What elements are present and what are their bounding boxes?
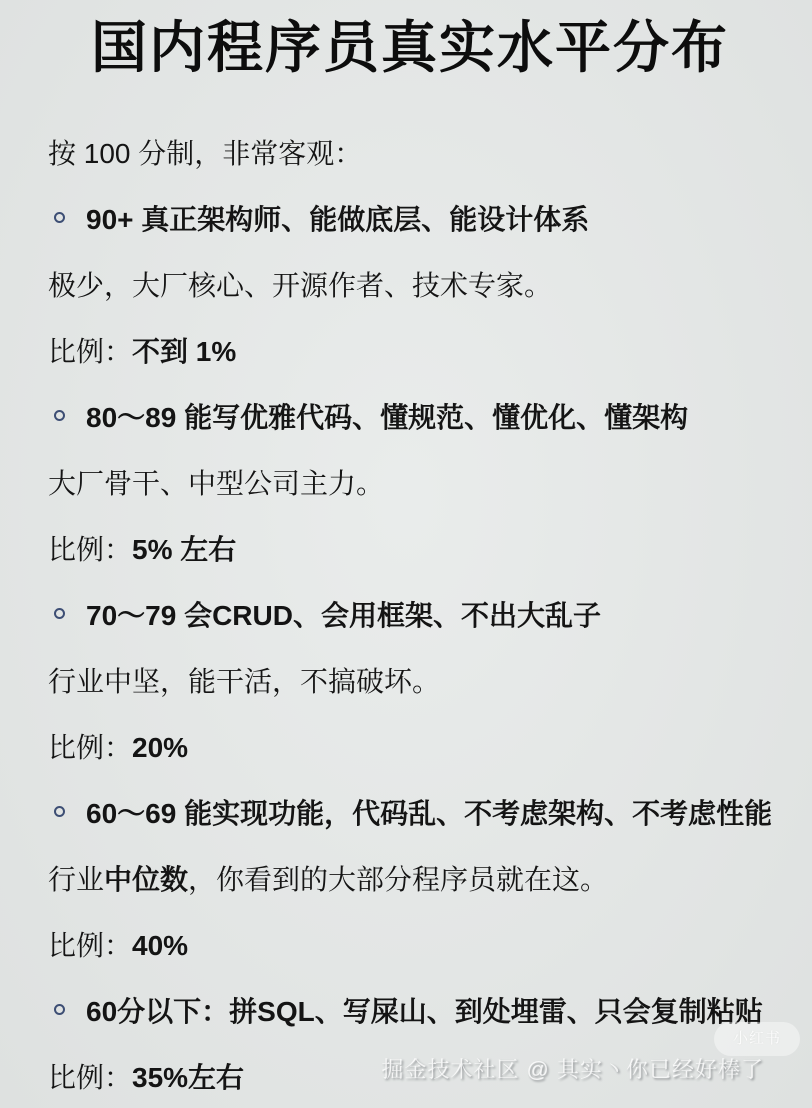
- ratio-label: 比例：: [48, 534, 132, 565]
- tier-ratio: 比例：5% 左右: [48, 533, 772, 566]
- ratio-label: 比例：: [48, 336, 132, 367]
- ratio-label: 比例：: [48, 1062, 132, 1093]
- tier-heading: 80～89 能写优雅代码、懂规范、懂优化、懂架构: [86, 401, 688, 434]
- watermark-text: 掘金技术社区 @ 其实丶你已经好棒了: [381, 1053, 764, 1084]
- ratio-value: 35%左右: [132, 1062, 244, 1093]
- tier-description: 行业中位数，你看到的大部分程序员就在这。: [48, 863, 772, 896]
- tier-heading-row: 60～69 能实现功能，代码乱、不考虑架构、不考虑性能: [48, 797, 772, 830]
- bullet-circle-icon: [54, 608, 65, 619]
- tier-description: 行业中坚，能干活，不搞破坏。: [48, 665, 772, 698]
- tier-section-90plus: 90+ 真正架构师、能做底层、能设计体系 极少，大厂核心、开源作者、技术专家。 …: [48, 203, 772, 368]
- intro-text: 按 100 分制，非常客观：: [48, 137, 772, 170]
- bullet-circle-icon: [54, 806, 65, 817]
- tier-section-60-69: 60～69 能实现功能，代码乱、不考虑架构、不考虑性能 行业中位数，你看到的大部…: [48, 797, 772, 962]
- tier-section-80-89: 80～89 能写优雅代码、懂规范、懂优化、懂架构 大厂骨干、中型公司主力。 比例…: [48, 401, 772, 566]
- ratio-label: 比例：: [48, 930, 132, 961]
- page-title: 国内程序员真实水平分布: [48, 0, 772, 80]
- tier-ratio: 比例：20%: [48, 731, 772, 764]
- tier-description: 极少，大厂核心、开源作者、技术专家。: [48, 269, 772, 302]
- tier-heading: 60分以下：拼SQL、写屎山、到处埋雷、只会复制粘贴: [86, 995, 763, 1028]
- poster-card: 国内程序员真实水平分布 按 100 分制，非常客观： 90+ 真正架构师、能做底…: [0, 0, 812, 1108]
- ratio-value: 5% 左右: [132, 534, 236, 565]
- bullet-circle-icon: [54, 212, 65, 223]
- tier-heading: 60～69 能实现功能，代码乱、不考虑架构、不考虑性能: [86, 797, 772, 830]
- description-prefix: 行业: [48, 864, 104, 895]
- tier-heading-row: 60分以下：拼SQL、写屎山、到处埋雷、只会复制粘贴: [48, 995, 772, 1028]
- bullet-circle-icon: [54, 1004, 65, 1015]
- bullet-circle-icon: [54, 410, 65, 421]
- description-bold: 中位数: [104, 864, 188, 895]
- ratio-value: 40%: [132, 930, 188, 961]
- tier-heading-row: 80～89 能写优雅代码、懂规范、懂优化、懂架构: [48, 401, 772, 434]
- tier-heading-row: 70～79 会CRUD、会用框架、不出大乱子: [48, 599, 772, 632]
- tier-heading-row: 90+ 真正架构师、能做底层、能设计体系: [48, 203, 772, 236]
- tier-heading: 90+ 真正架构师、能做底层、能设计体系: [86, 203, 589, 236]
- tier-section-70-79: 70～79 会CRUD、会用框架、不出大乱子 行业中坚，能干活，不搞破坏。 比例…: [48, 599, 772, 764]
- xiaohongshu-watermark-badge: 小红书: [714, 1022, 800, 1056]
- tier-ratio: 比例：40%: [48, 929, 772, 962]
- tier-ratio: 比例：不到 1%: [48, 335, 772, 368]
- tier-heading: 70～79 会CRUD、会用框架、不出大乱子: [86, 599, 601, 632]
- ratio-value: 20%: [132, 732, 188, 763]
- description-suffix: ，你看到的大部分程序员就在这。: [188, 864, 608, 895]
- ratio-label: 比例：: [48, 732, 132, 763]
- tier-description: 大厂骨干、中型公司主力。: [48, 467, 772, 500]
- ratio-value: 不到 1%: [132, 336, 236, 367]
